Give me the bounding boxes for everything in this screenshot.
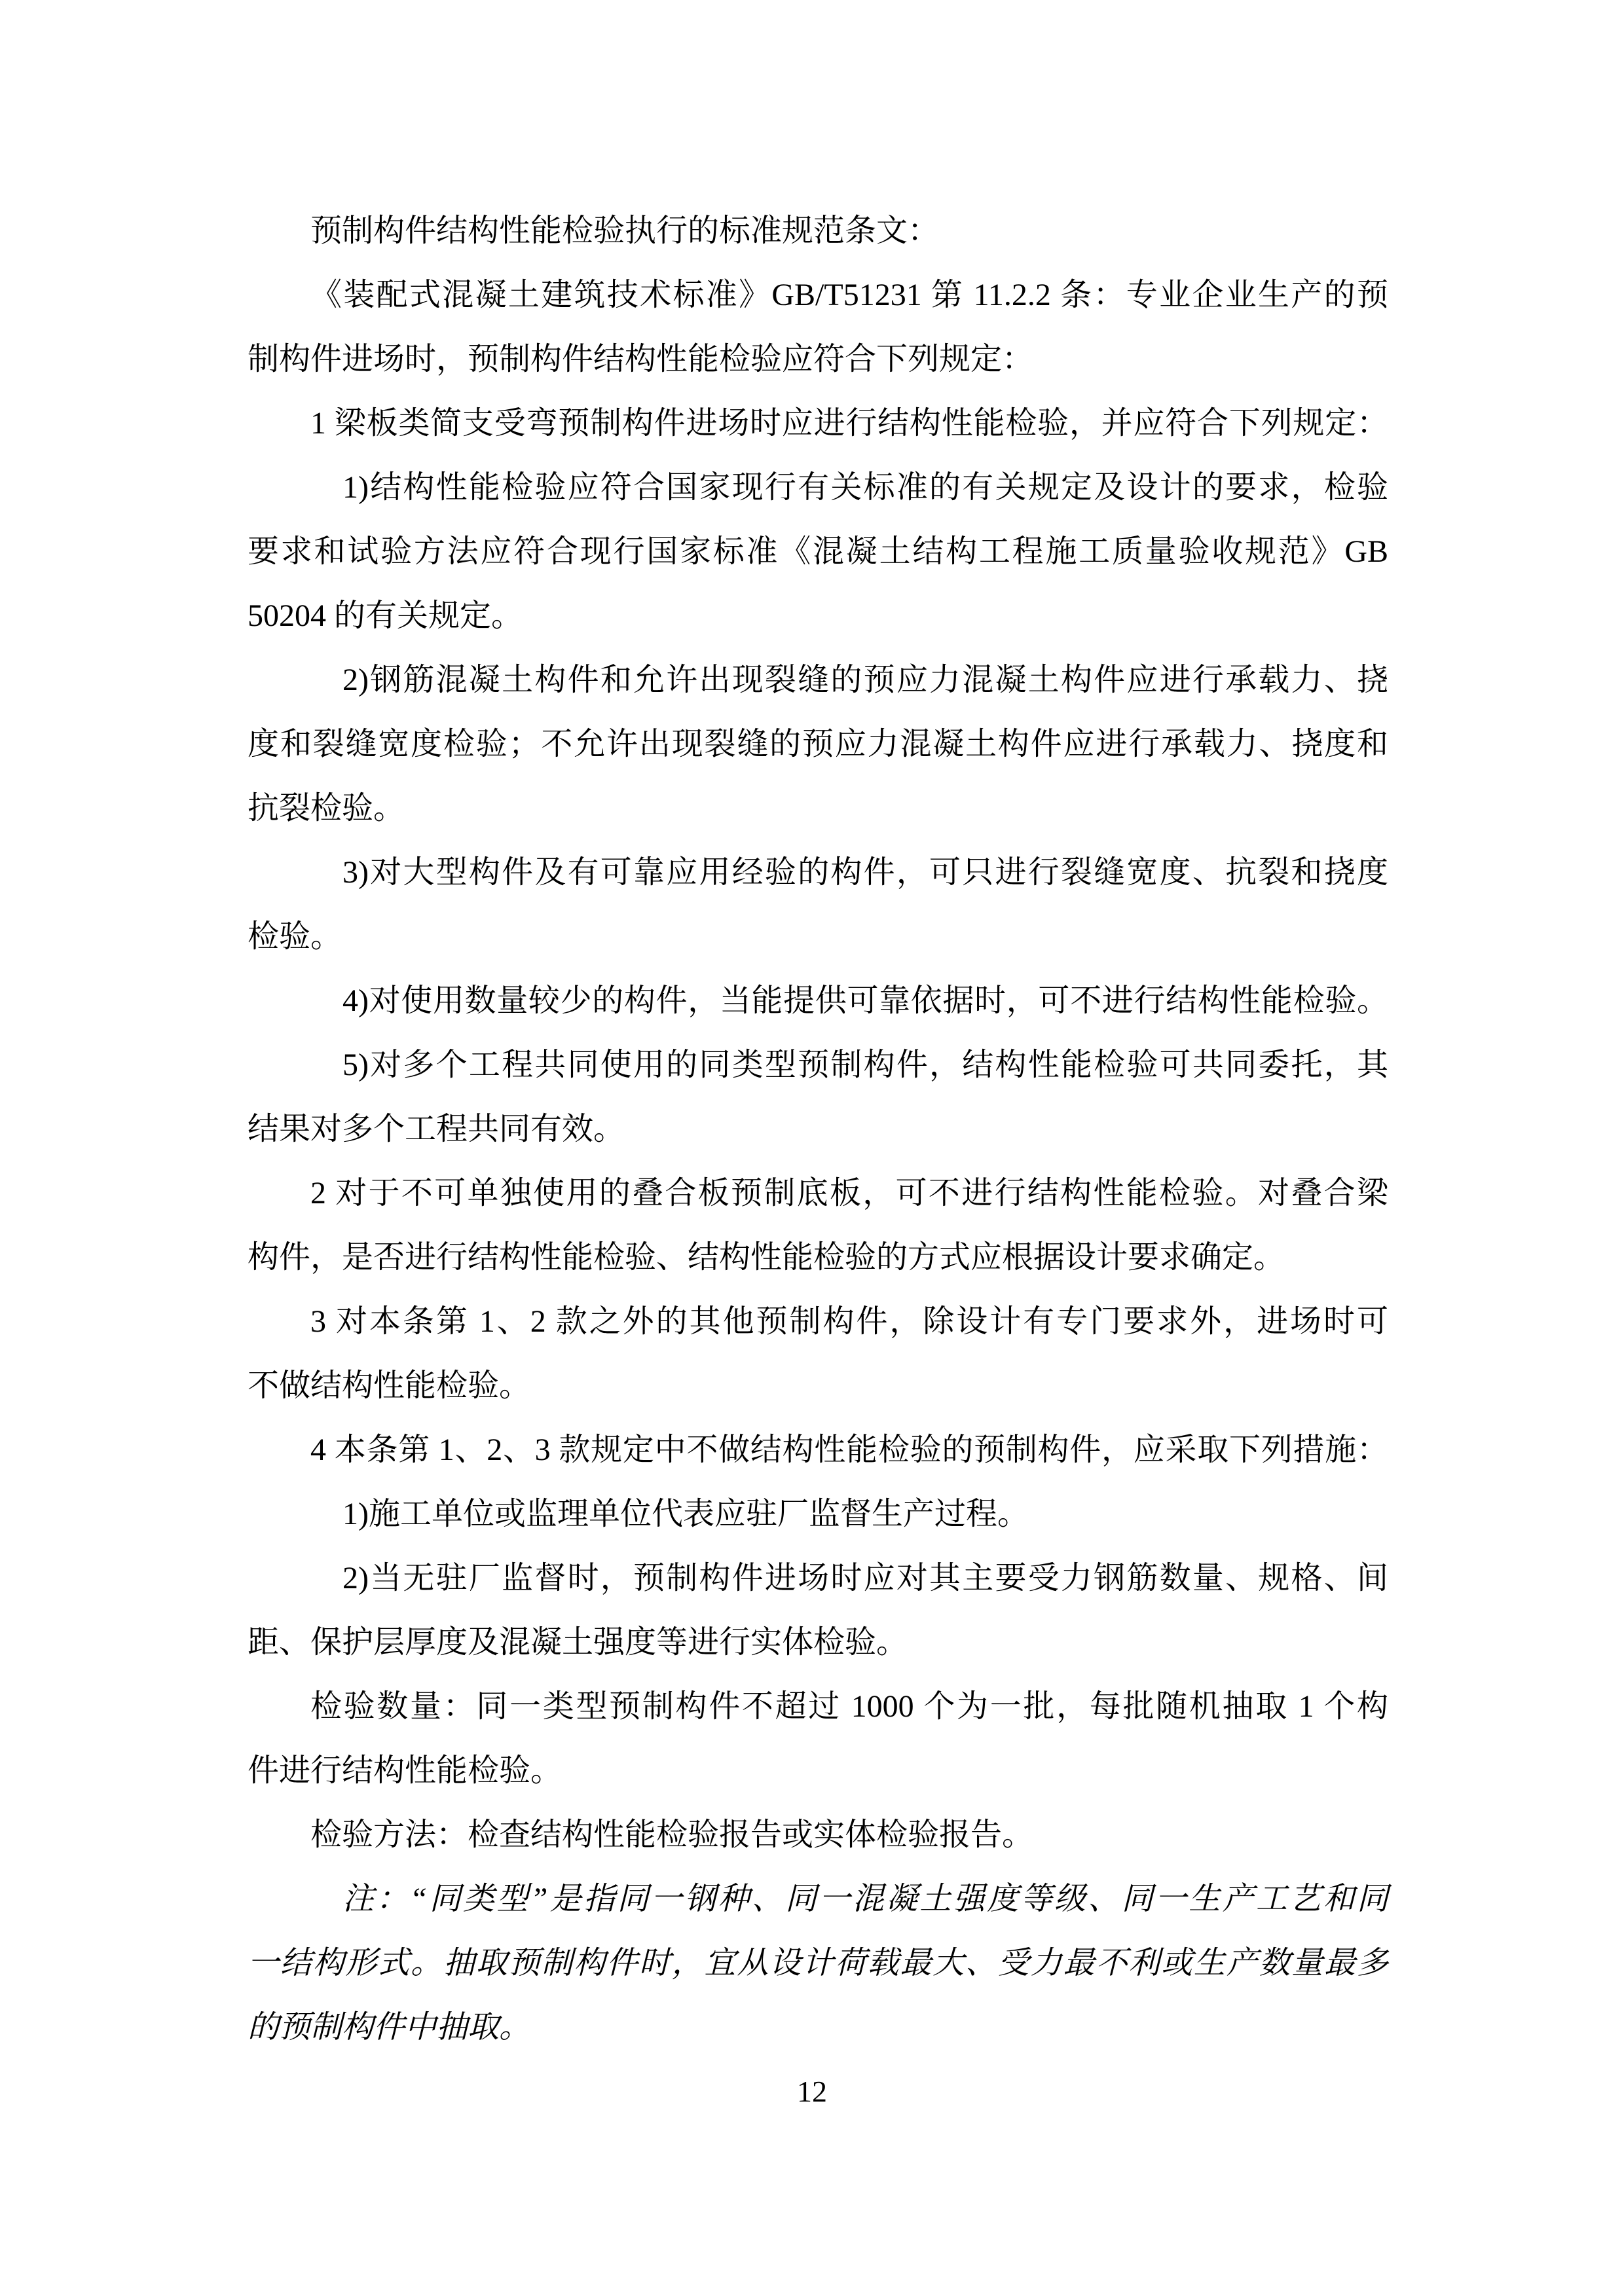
document-page: { "document": { "lines": [ "预制构件结构性能检验执行… <box>0 0 1624 2296</box>
text-line: 制构件进场时，预制构件结构性能检验应符合下列规定： <box>248 327 1388 392</box>
text-line: 50204 的有关规定。 <box>248 584 1388 648</box>
note-line: 的预制构件中抽取。 <box>248 1995 1388 2060</box>
text-line: 2)钢筋混凝土构件和允许出现裂缝的预应力混凝土构件应进行承载力、挠 <box>248 648 1388 712</box>
text-line: 结果对多个工程共同有效。 <box>248 1097 1388 1161</box>
text-line: 检验。 <box>248 905 1388 969</box>
text-line: 2 对于不可单独使用的叠合板预制底板，可不进行结构性能检验。对叠合梁 <box>248 1161 1388 1226</box>
page-number: 12 <box>0 2060 1624 2124</box>
text-line: 件进行结构性能检验。 <box>248 1739 1388 1803</box>
text-line: 构件，是否进行结构性能检验、结构性能检验的方式应根据设计要求确定。 <box>248 1226 1388 1290</box>
text-line: 度和裂缝宽度检验；不允许出现裂缝的预应力混凝土构件应进行承载力、挠度和 <box>248 712 1388 776</box>
text-line: 抗裂检验。 <box>248 776 1388 841</box>
note-line: 注：“同类型”是指同一钢种、同一混凝土强度等级、同一生产工艺和同 <box>248 1867 1388 1931</box>
text-line: 不做结构性能检验。 <box>248 1354 1388 1418</box>
text-line: 1)结构性能检验应符合国家现行有关标准的有关规定及设计的要求，检验 <box>248 456 1388 520</box>
text-line: 4 本条第 1、2、3 款规定中不做结构性能检验的预制构件，应采取下列措施： <box>248 1418 1388 1482</box>
text-line: 要求和试验方法应符合现行国家标准《混凝土结构工程施工质量验收规范》GB <box>248 520 1388 584</box>
text-line: 3 对本条第 1、2 款之外的其他预制构件，除设计有专门要求外，进场时可 <box>248 1290 1388 1354</box>
text-line: 2)当无驻厂监督时，预制构件进场时应对其主要受力钢筋数量、规格、间 <box>248 1546 1388 1611</box>
text-line: 1)施工单位或监理单位代表应驻厂监督生产过程。 <box>248 1482 1388 1546</box>
text-line: 《装配式混凝土建筑技术标准》GB/T51231 第 11.2.2 条：专业企业生… <box>248 263 1388 327</box>
text-line: 距、保护层厚度及混凝土强度等进行实体检验。 <box>248 1611 1388 1675</box>
note-line: 一结构形式。抽取预制构件时，宜从设计荷载最大、受力最不利或生产数量最多 <box>248 1931 1388 1995</box>
text-line: 检验数量：同一类型预制构件不超过 1000 个为一批，每批随机抽取 1 个构 <box>248 1675 1388 1739</box>
text-line: 3)对大型构件及有可靠应用经验的构件，可只进行裂缝宽度、抗裂和挠度 <box>248 841 1388 905</box>
text-line: 1 梁板类简支受弯预制构件进场时应进行结构性能检验，并应符合下列规定： <box>248 392 1388 456</box>
document-body: 预制构件结构性能检验执行的标准规范条文： 《装配式混凝土建筑技术标准》GB/T5… <box>248 199 1388 2060</box>
text-line: 检验方法：检查结构性能检验报告或实体检验报告。 <box>248 1803 1388 1867</box>
text-line: 4)对使用数量较少的构件，当能提供可靠依据时，可不进行结构性能检验。 <box>248 969 1388 1033</box>
text-line: 预制构件结构性能检验执行的标准规范条文： <box>248 199 1388 263</box>
text-line: 5)对多个工程共同使用的同类型预制构件，结构性能检验可共同委托，其 <box>248 1033 1388 1097</box>
